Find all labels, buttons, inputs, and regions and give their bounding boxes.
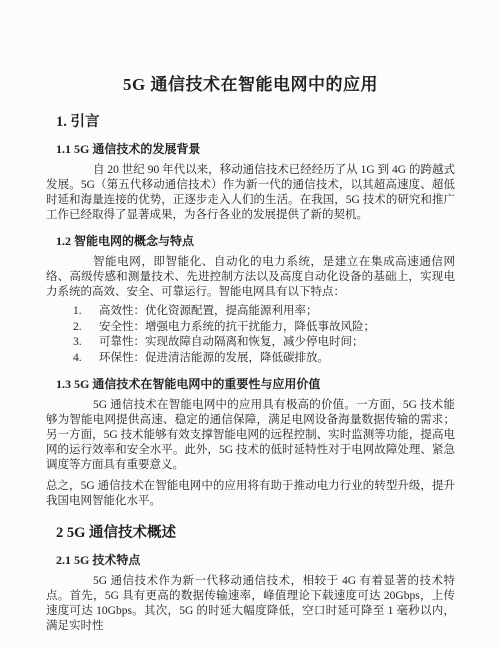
document-title: 5G 通信技术在智能电网中的应用	[46, 70, 455, 95]
list-item-text: 高效性：优化资源配置，提高能源利用率；	[99, 304, 455, 320]
list-item: 2. 安全性：增强电力系统的抗干扰能力，降低事故风险；	[46, 320, 455, 336]
paragraph-1-3-summary: 总之，5G 通信技术在智能电网中的应用将有助于推动电力行业的转型升级，提升我国电…	[46, 479, 455, 509]
heading-1-3-importance-value: 1.3 5G 通信技术在智能电网中的重要性与应用价值	[46, 375, 455, 392]
heading-section-2-overview: 2 5G 通信技术概述	[46, 521, 455, 542]
paragraph-1-1-background: 自 20 世纪 90 年代以来，移动通信技术已经经历了从 1G 到 4G 的跨越…	[46, 163, 455, 223]
list-item-number: 3.	[73, 335, 99, 351]
list-item-number: 4.	[73, 351, 99, 367]
list-item-number: 1.	[73, 304, 99, 320]
list-item: 4. 环保性：促进清洁能源的发展，降低碳排放。	[46, 351, 455, 367]
paragraph-2-1-5g-features: 5G 通信技术作为新一代移动通信技术，相较于 4G 有着显著的技术特点。首先，5…	[46, 574, 455, 634]
smart-grid-features-list: 1. 高效性：优化资源配置，提高能源利用率； 2. 安全性：增强电力系统的抗干扰…	[46, 304, 455, 366]
heading-1-2-smart-grid-concept: 1.2 智能电网的概念与特点	[46, 232, 455, 249]
list-item-text: 安全性：增强电力系统的抗干扰能力，降低事故风险；	[99, 320, 455, 336]
list-item: 1. 高效性：优化资源配置，提高能源利用率；	[46, 304, 455, 320]
paragraph-1-2-smart-grid-concept: 智能电网，即智能化、自动化的电力系统，是建立在集成高速通信网络、高级传感和测量技…	[46, 255, 455, 300]
list-item-text: 环保性：促进清洁能源的发展，降低碳排放。	[99, 351, 455, 367]
list-item: 3. 可靠性：实现故障自动隔离和恢复，减少停电时间；	[46, 335, 455, 351]
document-page: 5G 通信技术在智能电网中的应用 1. 引言 1.1 5G 通信技术的发展背景 …	[0, 0, 500, 647]
paragraph-1-3-importance: 5G 通信技术在智能电网中的应用具有极高的价值。一方面，5G 技术能够为智能电网…	[46, 398, 455, 473]
heading-section-1-intro: 1. 引言	[46, 110, 455, 131]
heading-2-1-5g-features: 2.1 5G 技术特点	[46, 551, 455, 568]
heading-1-1-background: 1.1 5G 通信技术的发展背景	[46, 140, 455, 157]
list-item-text: 可靠性：实现故障自动隔离和恢复，减少停电时间；	[99, 335, 455, 351]
list-item-number: 2.	[73, 320, 99, 336]
